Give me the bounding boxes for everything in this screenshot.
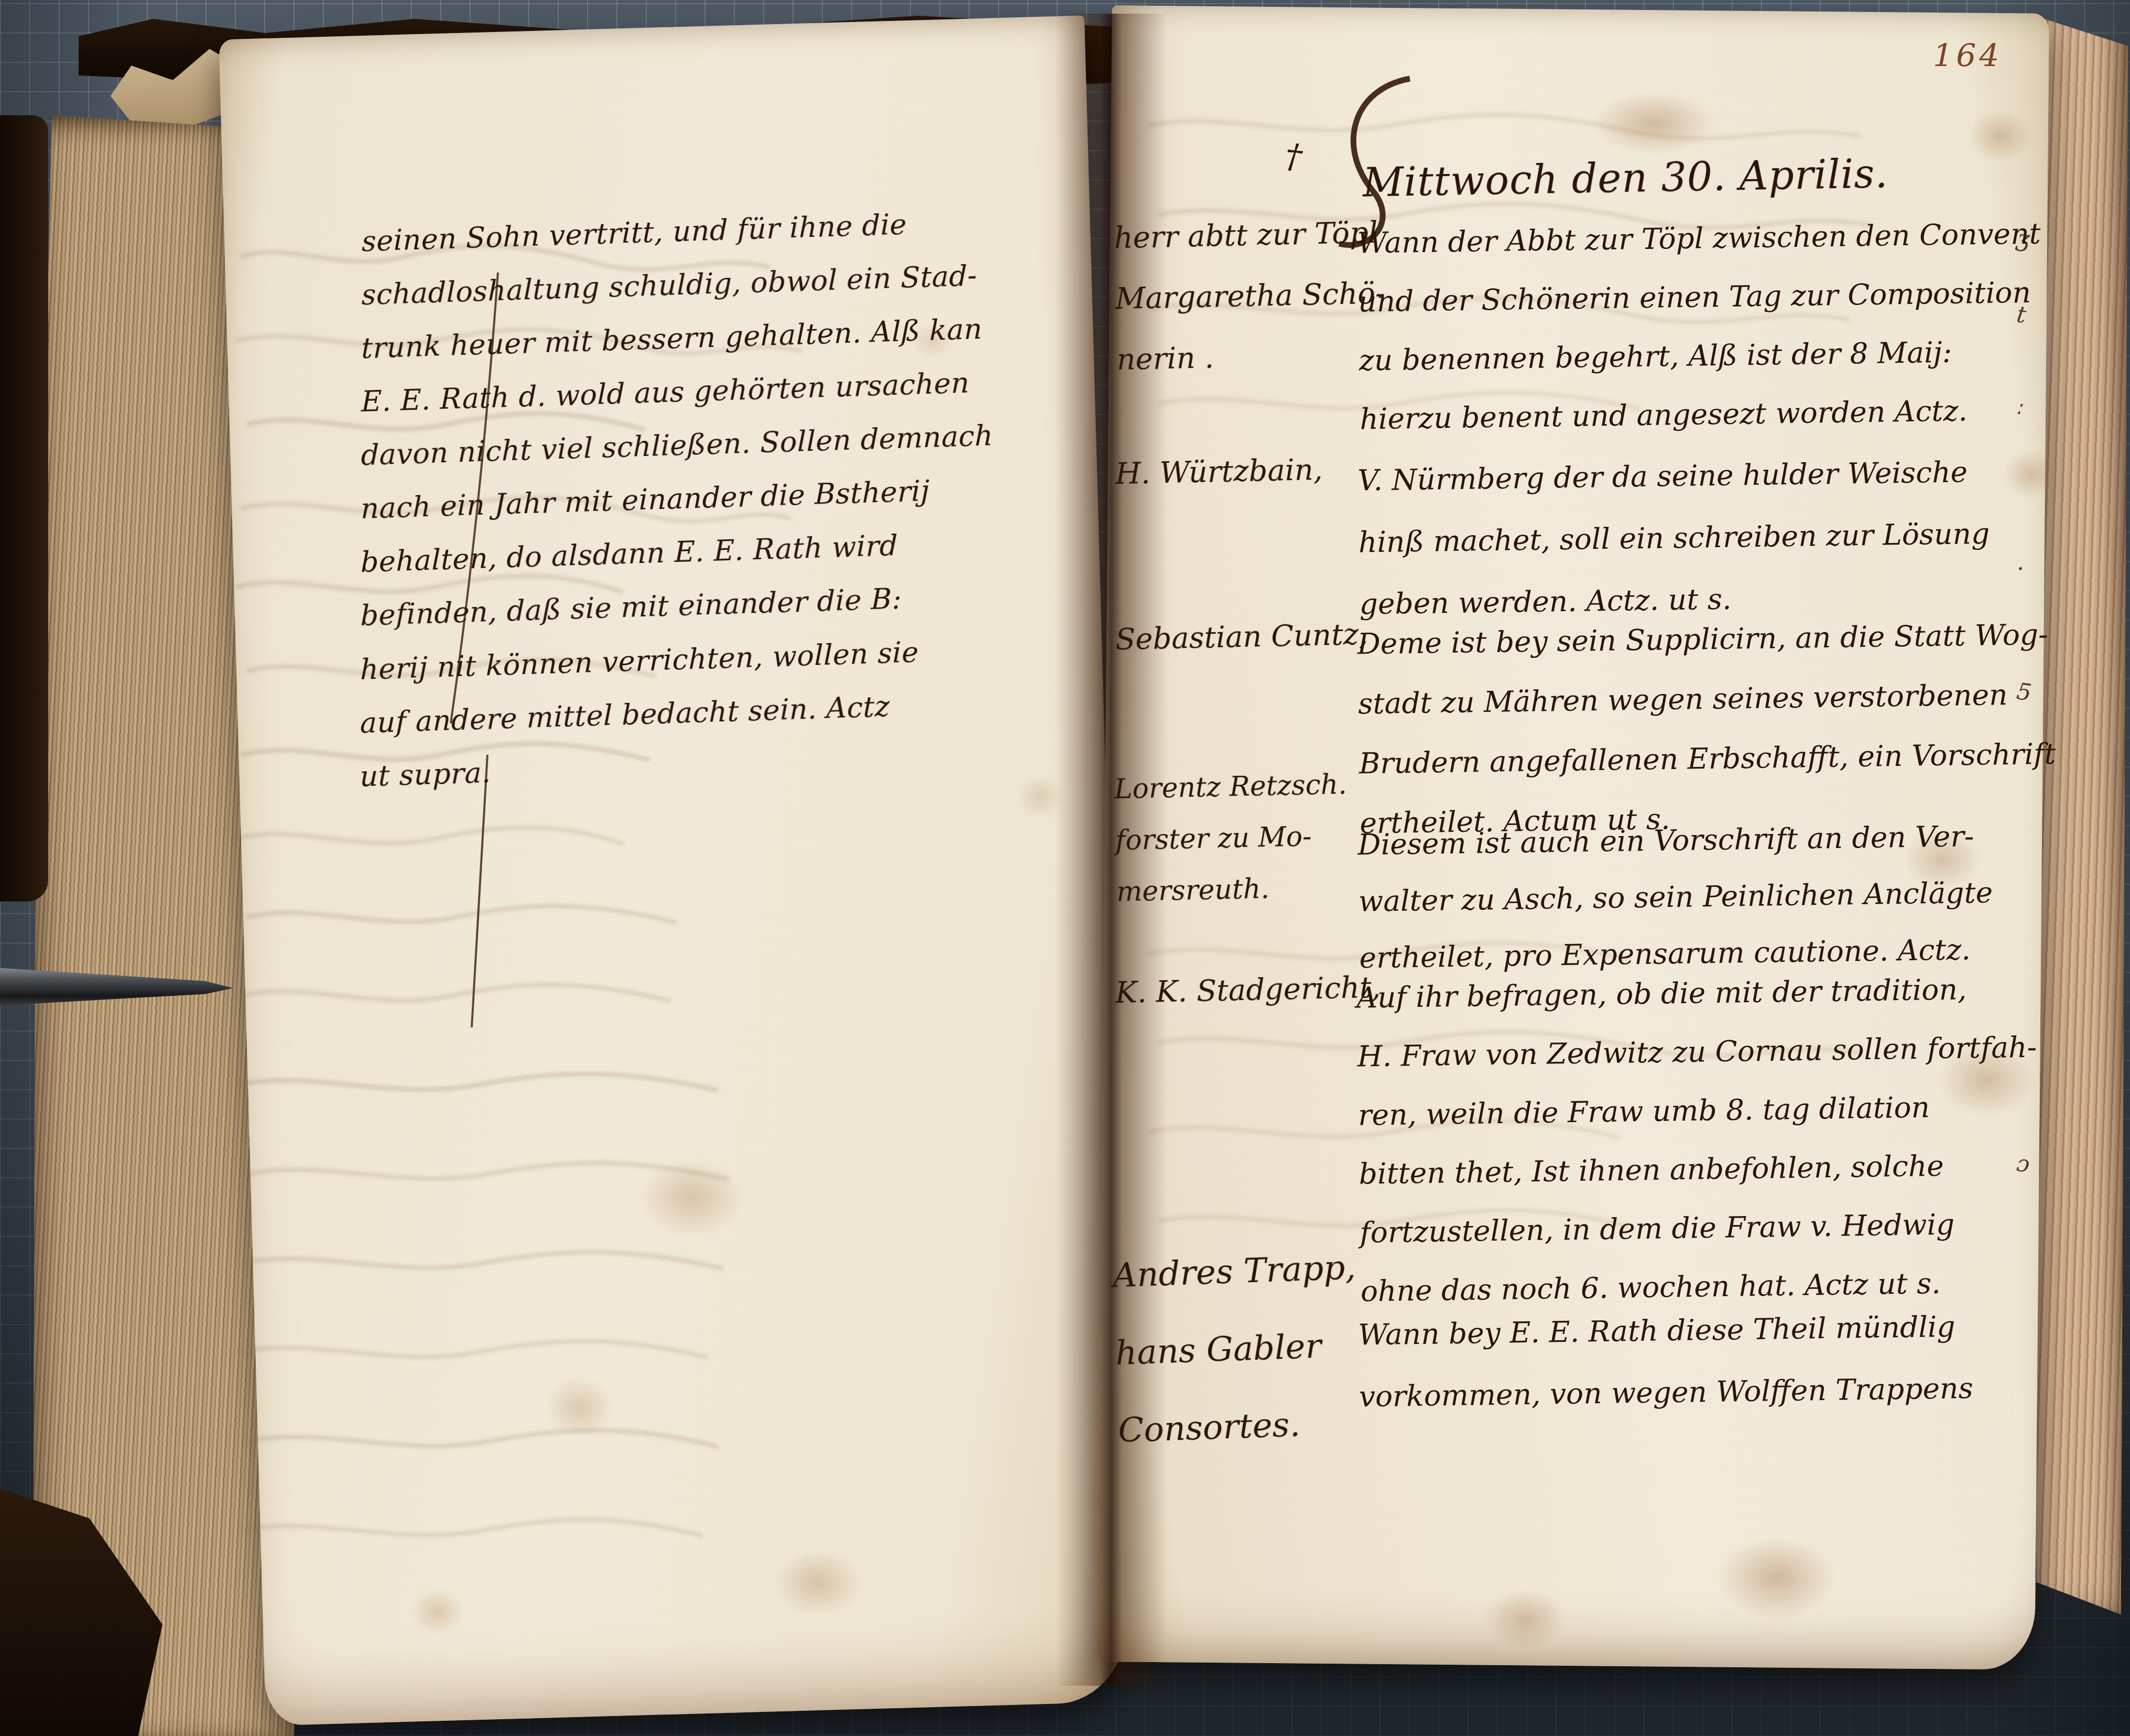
margin-name-lorentz-forster: Lorentz Retzsch.forster zu Mo-mersreuth. (1114, 758, 1368, 918)
text-line: Lorentz Retzsch. (1114, 758, 1366, 815)
text-line: stadt zu Mähren wegen seines verstorbene… (1357, 664, 2076, 733)
entry-body-1: Wann der Abbt zur Töpl zwischen den Conv… (1357, 203, 2078, 448)
text-line: K. K. Stadgericht, (1115, 958, 1367, 1024)
text-line: zu benennen begehrt, Alß ist der 8 Maij: (1359, 321, 2077, 389)
entry-body-5: Auf ihr befragen, ob die mit der traditi… (1356, 958, 2079, 1320)
text-line: Deme ist bey sein Supplicirn, an die Sta… (1357, 604, 2075, 674)
text-line: hierzu benent und angesezt worden Actz. (1360, 379, 2078, 448)
manuscript-photo: { "page_number": "164", "heading": "Mitt… (0, 0, 2130, 1736)
text-line: H. Würtzbain, (1115, 439, 1367, 505)
text-line: walter zu Asch, so sein Peinlichen Anclä… (1358, 863, 2077, 929)
text-line: mersreuth. (1116, 861, 1368, 918)
margin-name-stadgericht: K. K. Stadgericht, (1115, 958, 1367, 1024)
left-cover-leather-edge (0, 115, 48, 902)
left-page-text-block: seinen Sohn vertritt, und für ihne diesc… (360, 191, 1105, 803)
text-line: nerin . (1116, 324, 1368, 390)
text-line: fortzustellen, in dem die Fraw v. Hedwig (1360, 1193, 2078, 1262)
margin-name-abbt-zur-toepl: herr abtt zur TöplMargaretha Schö-nerin … (1113, 203, 1368, 390)
text-line: forster zu Mo- (1115, 810, 1367, 866)
text-line: Andres Trapp, (1111, 1229, 1365, 1315)
text-line: ren, weiln die Fraw umb 8. tag dilation (1358, 1076, 2077, 1144)
text-line: hinß machet, soll ein schreiben zur Lösu… (1358, 501, 2077, 573)
text-line: V. Nürmberg der da seine hulder Weische (1357, 439, 2077, 511)
text-line: Brudern angefallenen Erbschafft, ein Vor… (1359, 723, 2077, 793)
text-line: Wann bey E. E. Rath diese Theil mündlig (1357, 1294, 2077, 1365)
text-line: Margaretha Schö- (1115, 264, 1367, 330)
text-line: vorkommen, von wegen Wolffen Trappens (1359, 1355, 2078, 1427)
entry-body-4: Diesem ist auch ein Vorschrift an den Ve… (1357, 806, 2078, 986)
text-line: hans Gabler (1114, 1306, 1368, 1393)
text-line: Wann der Abbt zur Töpl zwischen den Conv… (1357, 203, 2075, 272)
text-line: und der Schönerin einen Tag zur Composit… (1358, 262, 2077, 331)
margin-name-wuertzbain: H. Würtzbain, (1115, 439, 1367, 505)
margin-name-sebastian-cuntz: Sebastian Cuntz, (1115, 604, 1367, 670)
text-line: Consortes. (1117, 1384, 1371, 1470)
text-line: H. Fraw von Zedwitz zu Cornau sollen for… (1357, 1017, 2075, 1086)
text-line: bitten thet, Ist ihnen anbefohlen, solch… (1359, 1134, 2077, 1203)
text-line: Auf ihr befragen, ob die mit der traditi… (1356, 958, 2074, 1027)
text-line: herr abtt zur Töpl (1113, 203, 1366, 269)
text-line: Diesem ist auch ein Vorschrift an den Ve… (1357, 806, 2076, 873)
margin-name-trapp-gabler-consortes: Andres Trapp,hans GablerConsortes. (1111, 1229, 1371, 1470)
page-number: 164 (1933, 38, 2003, 74)
entry-body-6: Wann bey E. E. Rath diese Theil mündligv… (1357, 1294, 2077, 1427)
text-line: Sebastian Cuntz, (1115, 604, 1367, 670)
